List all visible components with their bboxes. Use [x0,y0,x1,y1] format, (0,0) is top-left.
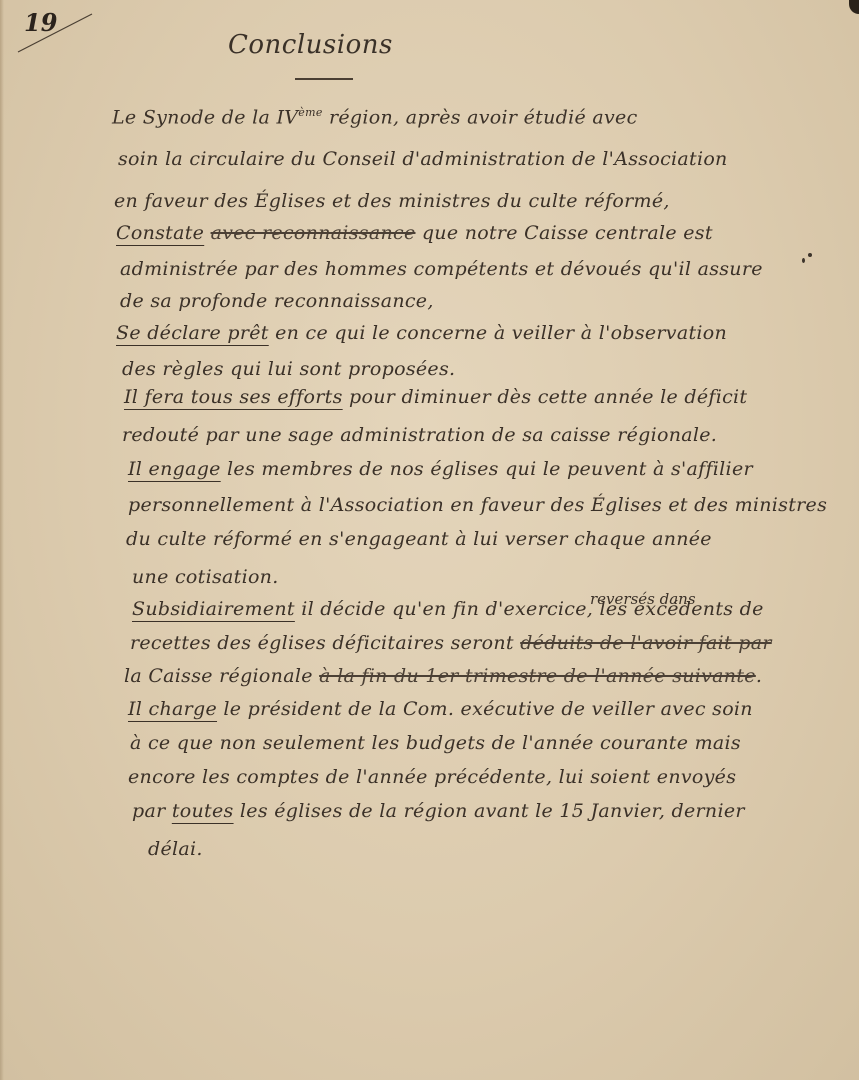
line-text: en faveur des Églises et des ministres d… [114,190,670,212]
line-text: des règles qui lui sont proposées. [122,358,455,380]
manuscript-line: la Caisse régionale à la fin du 1er trim… [124,665,762,687]
manuscript-line: encore les comptes de l'année précédente… [128,766,736,788]
struck-text: avec reconnaissance [211,222,416,244]
manuscript-line: en faveur des Églises et des ministres d… [114,190,670,212]
line-text: la Caisse régionale [124,665,319,687]
manuscript-line: Il engage les membres de nos églises qui… [128,458,753,480]
underlined-text: Constate [116,222,204,244]
manuscript-line: du culte réformé en s'engageant à lui ve… [126,528,712,550]
manuscript-line: Le Synode de la IVème région, après avoi… [112,106,638,128]
page-edge [0,0,4,1080]
line-text: encore les comptes de l'année précédente… [128,766,736,788]
page-title: Conclusions [228,30,393,60]
line-text: recettes des églises déficitaires seront [130,632,520,654]
line-text: . [756,665,762,687]
line-text: soin la circulaire du Conseil d'administ… [118,148,728,170]
interlinear-insertion: reversés dans [590,590,696,608]
line-text: de sa profonde reconnaissance, [120,290,434,312]
struck-text: déduits de l'avoir fait par [520,632,772,654]
title-rule [295,78,353,80]
manuscript-page: 19 Conclusions Le Synode de la IVème rég… [0,0,859,1080]
manuscript-line: des règles qui lui sont proposées. [122,358,455,380]
manuscript-line: Il charge le président de la Com. exécut… [128,698,753,720]
ink-spot [808,253,812,257]
manuscript-line: redouté par une sage administration de s… [122,424,717,446]
manuscript-line: recettes des églises déficitaires seront… [130,632,772,654]
line-text: ème [298,106,322,119]
line-text: du culte réformé en s'engageant à lui ve… [126,528,712,550]
line-text: les membres de nos églises qui le peuven… [221,458,753,480]
manuscript-line: administrée par des hommes compétents et… [120,258,763,280]
manuscript-line: délai. [148,838,203,860]
line-text: une cotisation. [132,566,279,588]
underlined-text: Il engage [128,458,221,480]
ink-spot [802,258,805,263]
struck-text: à la fin du 1er trimestre de l'année sui… [319,665,756,687]
manuscript-line: Constate avec reconnaissance que notre C… [116,222,713,244]
underlined-text: toutes [172,800,234,822]
manuscript-line: de sa profonde reconnaissance, [120,290,434,312]
manuscript-line: à ce que non seulement les budgets de l'… [130,732,741,754]
manuscript-line: une cotisation. [132,566,279,588]
underlined-text: Se déclare prêt [116,322,269,344]
manuscript-line: personnellement à l'Association en faveu… [128,494,827,516]
line-text: région, après avoir étudié avec [323,106,638,128]
line-text: par [132,800,172,822]
underlined-text: Il fera tous ses efforts [124,386,343,408]
line-text: les églises de la région avant le 15 Jan… [234,800,745,822]
line-text: pour diminuer dès cette année le déficit [343,386,748,408]
line-text: redouté par une sage administration de s… [122,424,717,446]
page-corner-shadow [849,0,859,14]
line-text: à ce que non seulement les budgets de l'… [130,732,741,754]
line-text: en ce qui le concerne à veiller à l'obse… [269,322,727,344]
line-text: le président de la Com. exécutive de vei… [217,698,753,720]
line-text: que notre Caisse centrale est [415,222,712,244]
manuscript-line: par toutes les églises de la région avan… [132,800,745,822]
underlined-text: Il charge [128,698,217,720]
manuscript-line: soin la circulaire du Conseil d'administ… [118,148,728,170]
line-text: Le Synode de la IV [112,106,298,128]
line-text: administrée par des hommes compétents et… [120,258,763,280]
underlined-text: Subsidiairement [132,598,295,620]
line-text: personnellement à l'Association en faveu… [128,494,827,516]
manuscript-line: Il fera tous ses efforts pour diminuer d… [124,386,747,408]
line-text: délai. [148,838,203,860]
manuscript-line: Se déclare prêt en ce qui le concerne à … [116,322,727,344]
page-number: 19 [24,8,57,37]
